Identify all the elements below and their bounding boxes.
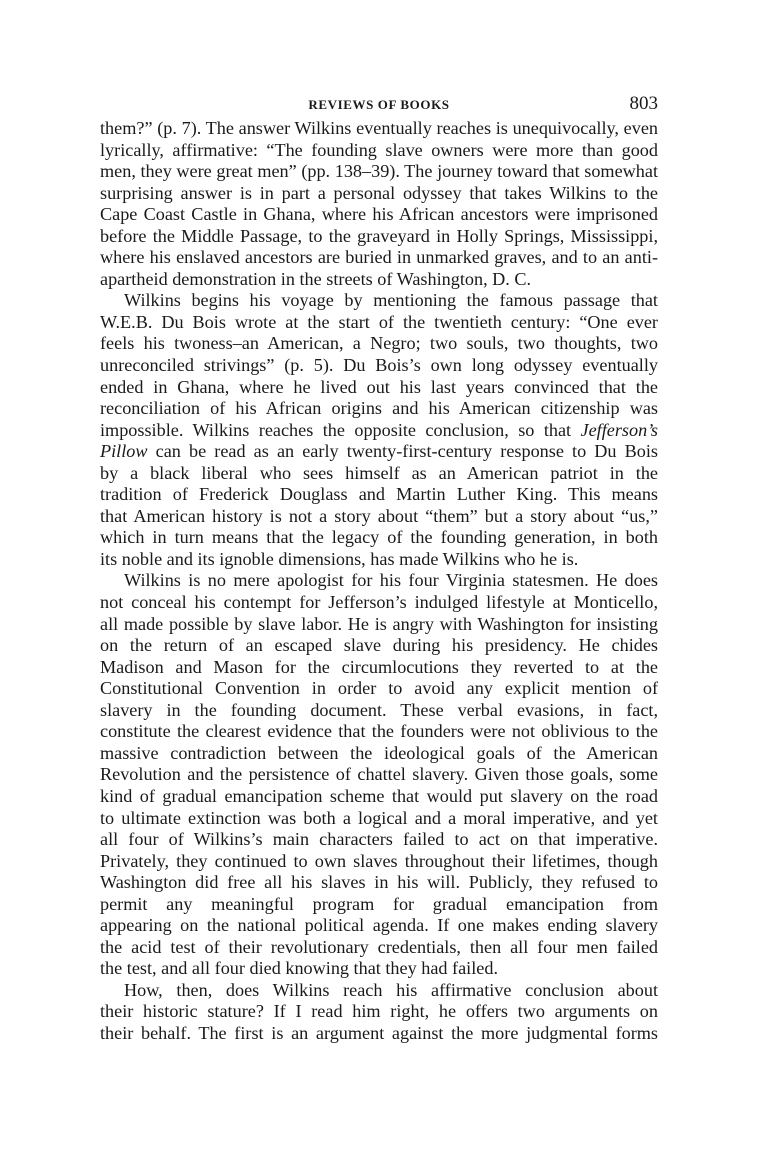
text-line: to ultimate extinction was both a logica…: [100, 808, 658, 830]
text-line: constitute the clearest evidence that th…: [100, 721, 658, 743]
text-line: lyrically, affirmative: “The founding sl…: [100, 140, 658, 162]
running-title: REVIEWS OF BOOKS: [100, 97, 658, 113]
text-line: feels his twoness–an American, a Negro; …: [100, 333, 658, 355]
text-line: their historic stature? If I read him ri…: [100, 1001, 658, 1023]
text-line: by a black liberal who sees himself as a…: [100, 463, 658, 485]
running-header: REVIEWS OF BOOKS 803: [100, 93, 658, 115]
text-line: Privately, they continued to own slaves …: [100, 851, 658, 873]
text-line: kind of gradual emancipation scheme that…: [100, 786, 658, 808]
text-line: all made possible by slave labor. He is …: [100, 614, 658, 636]
text-line: Wilkins begins his voyage by mentioning …: [100, 290, 658, 312]
text-line: Constitutional Convention in order to av…: [100, 678, 658, 700]
text-line: reconciliation of his African origins an…: [100, 398, 658, 420]
text-line: before the Middle Passage, to the gravey…: [100, 226, 658, 248]
text-line: on the return of an escaped slave during…: [100, 635, 658, 657]
paragraph-2: Wilkins begins his voyage by mentioning …: [100, 290, 658, 570]
book-title-italic: Pillow: [100, 441, 148, 461]
text-line: surprising answer is in part a personal …: [100, 183, 658, 205]
text-line: men, they were great men” (pp. 138–39). …: [100, 161, 658, 183]
text-line: impossible. Wilkins reaches the opposite…: [100, 420, 658, 442]
text-line: ended in Ghana, where he lived out his l…: [100, 377, 658, 399]
book-title-italic: Jefferson’s: [581, 420, 658, 440]
text-line: where his enslaved ancestors are buried …: [100, 247, 658, 269]
text-line: permit any meaningful program for gradua…: [100, 894, 658, 916]
text-line: Washington did free all his slaves in hi…: [100, 872, 658, 894]
text-line: appearing on the national political agen…: [100, 915, 658, 937]
text-line: tradition of Frederick Douglass and Mart…: [100, 484, 658, 506]
text-line: slavery in the founding document. These …: [100, 700, 658, 722]
text-line: Madison and Mason for the circumlocution…: [100, 657, 658, 679]
paragraph-4: How, then, does Wilkins reach his affirm…: [100, 980, 658, 1045]
text-line: unreconciled strivings” (p. 5). Du Bois’…: [100, 355, 658, 377]
paragraph-1: them?” (p. 7). The answer Wilkins eventu…: [100, 118, 658, 290]
paragraph-3: Wilkins is no mere apologist for his fou…: [100, 570, 658, 979]
text-line: all four of Wilkins’s main characters fa…: [100, 829, 658, 851]
text-line: W.E.B. Du Bois wrote at the start of the…: [100, 312, 658, 334]
text-line: not conceal his contempt for Jefferson’s…: [100, 592, 658, 614]
text-line: that American history is not a story abo…: [100, 506, 658, 528]
text-line: their behalf. The first is an argument a…: [100, 1023, 658, 1045]
line-text: can be read as an early twenty-first-cen…: [156, 441, 658, 461]
text-line: How, then, does Wilkins reach his affirm…: [100, 980, 658, 1002]
text-line: apartheid demonstration in the streets o…: [100, 269, 658, 291]
text-line: Cape Coast Castle in Ghana, where his Af…: [100, 204, 658, 226]
text-line: its noble and its ignoble dimensions, ha…: [100, 549, 658, 571]
line-text: impossible. Wilkins reaches the opposite…: [100, 420, 581, 440]
text-line: Wilkins is no mere apologist for his fou…: [100, 570, 658, 592]
text-line: massive contradiction between the ideolo…: [100, 743, 658, 765]
text-line: Pillow can be read as an early twenty-fi…: [100, 441, 658, 463]
page-number: 803: [630, 93, 659, 115]
body-text: them?” (p. 7). The answer Wilkins eventu…: [100, 118, 658, 1045]
text-line: them?” (p. 7). The answer Wilkins eventu…: [100, 118, 658, 140]
text-line: the test, and all four died knowing that…: [100, 958, 658, 980]
text-line: the acid test of their revolutionary cre…: [100, 937, 658, 959]
text-line: which in turn means that the legacy of t…: [100, 527, 658, 549]
text-line: Revolution and the persistence of chatte…: [100, 764, 658, 786]
